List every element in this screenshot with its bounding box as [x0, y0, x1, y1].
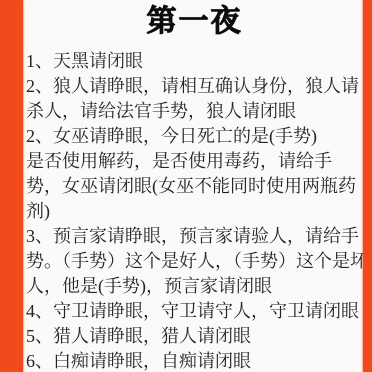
right-accent-bar: [363, 0, 372, 372]
script-line: 1、天黑请闭眼: [26, 49, 363, 74]
left-accent-bar: [0, 0, 23, 372]
script-line: 剂): [26, 199, 363, 224]
page-title: 第一夜: [26, 3, 363, 41]
script-line: 人，他是(手势)，预言家请闭眼: [26, 274, 363, 299]
script-line: 3、预言家请睁眼，预言家请验人，请给手: [26, 224, 363, 249]
script-lines: 1、天黑请闭眼2、狼人请睁眼，请相互确认身份，狼人请杀人，请给法官手势，狼人请闭…: [26, 49, 363, 372]
script-line: 是否使用解药，是否使用毒药，请给手: [26, 149, 363, 174]
script-line: 4、守卫请睁眼，守卫请守人，守卫请闭眼: [26, 299, 363, 324]
page: 第一夜 1、天黑请闭眼2、狼人请睁眼，请相互确认身份，狼人请杀人，请给法官手势，…: [0, 0, 372, 372]
script-line: 5、猎人请睁眼，猎人请闭眼: [26, 324, 363, 349]
script-line: 杀人，请给法官手势，狼人请闭眼: [26, 99, 363, 124]
script-line: 势。（手势）这个是好人，（手势）这个是坏: [26, 249, 363, 274]
script-line: 2、狼人请睁眼，请相互确认身份，狼人请: [26, 74, 363, 99]
script-line: 2、女巫请睁眼，今日死亡的是(手势): [26, 124, 363, 149]
script-line: 6、白痴请睁眼，自痴请闭眼: [26, 349, 363, 372]
script-card: 第一夜 1、天黑请闭眼2、狼人请睁眼，请相互确认身份，狼人请杀人，请给法官手势，…: [23, 0, 363, 372]
script-line: 势，女巫请闭眼(女巫不能同时使用两瓶药: [26, 174, 363, 199]
